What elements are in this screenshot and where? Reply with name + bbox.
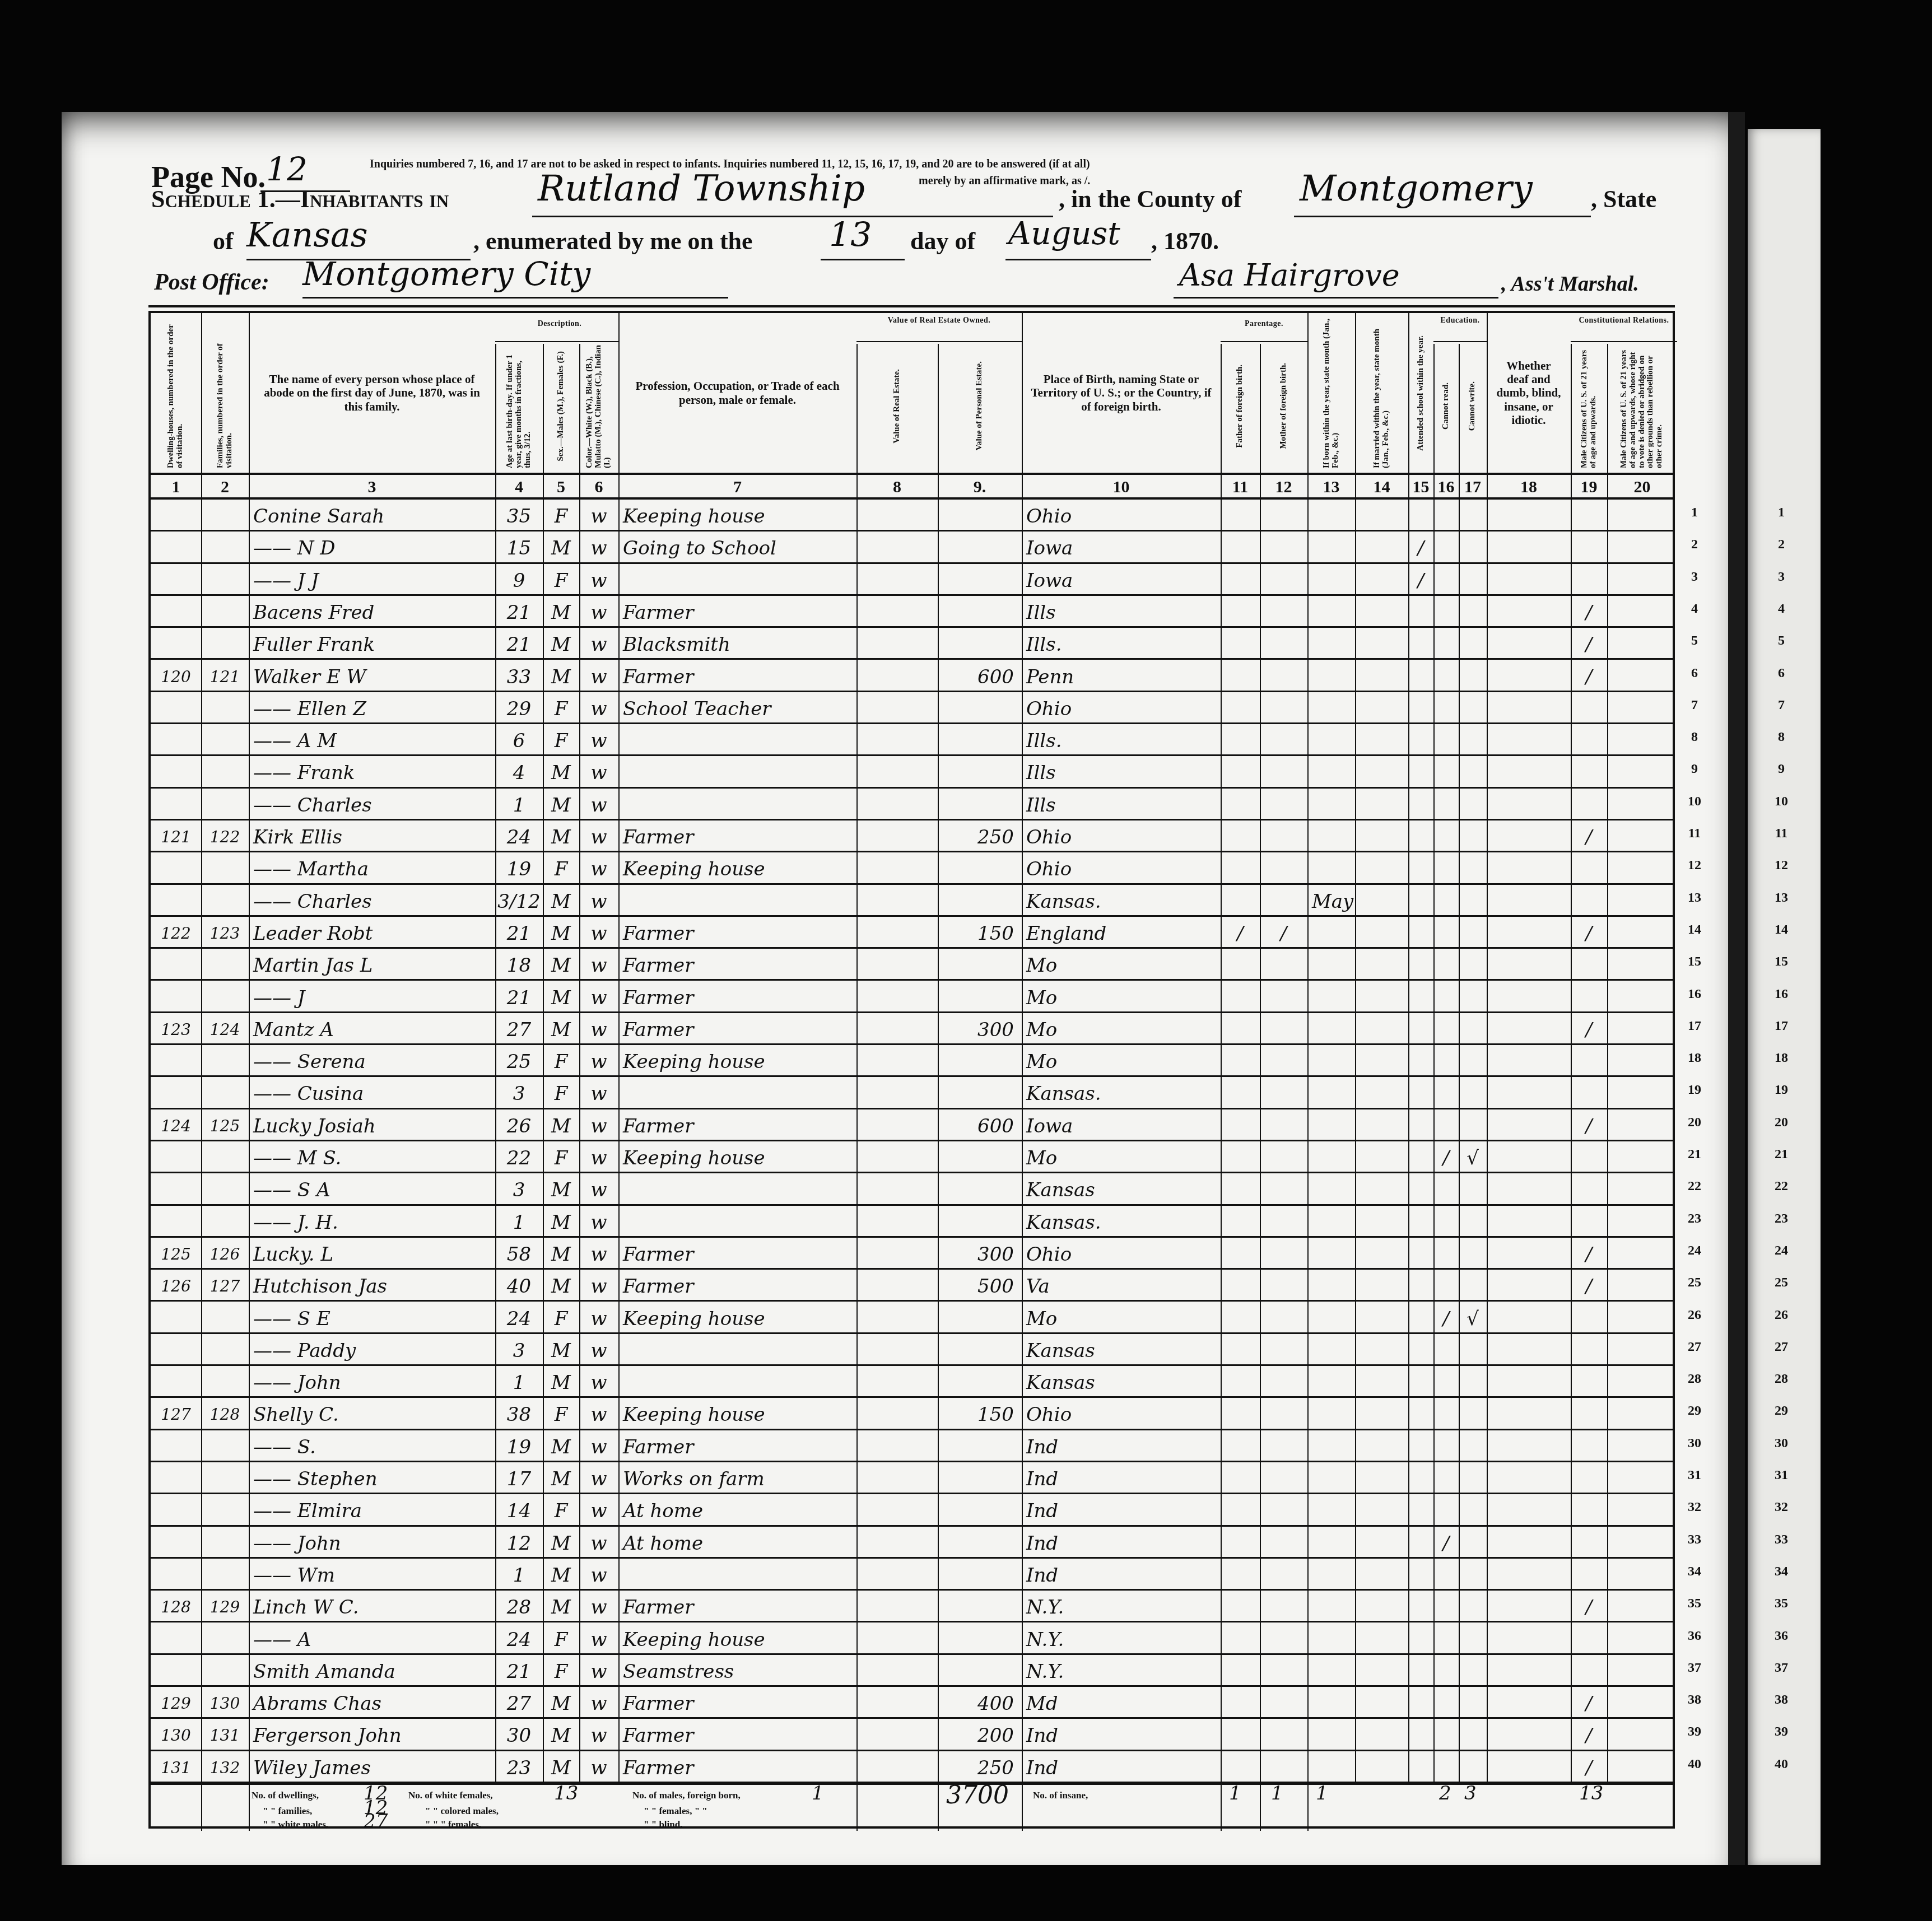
cell-age: 3 (495, 1334, 543, 1364)
cell-c15 (1408, 1302, 1433, 1332)
cell-c15 (1408, 1623, 1433, 1653)
cell-dwelling (151, 885, 201, 915)
cell-c19 (1571, 1334, 1607, 1364)
cell-c19: / (1571, 917, 1607, 947)
cell-name: Mantz A (253, 1013, 334, 1043)
cell-age: 29 (495, 692, 543, 722)
total-col-11: 1 (1229, 1782, 1241, 1805)
cell-dwelling: 129 (151, 1687, 201, 1717)
cell-c19: / (1571, 1687, 1607, 1717)
cell-family: 122 (201, 820, 249, 851)
cell-name: —— Frank (253, 756, 355, 786)
cell-c17 (1459, 1109, 1487, 1140)
line-number: 25 (1678, 1275, 1711, 1290)
cell-c12 (1260, 1173, 1307, 1204)
cell-age: 27 (495, 1013, 543, 1043)
cell-c12: / (1260, 917, 1307, 947)
cell-age: 1 (495, 1366, 543, 1396)
census-table: Description. Value of Real Estate Owned.… (148, 311, 1675, 1829)
cell-c12 (1260, 1013, 1307, 1043)
cell-birthplace: Mo (1026, 1013, 1057, 1043)
cell-color: w (579, 596, 618, 626)
cell-birthplace: Kansas (1026, 1334, 1095, 1364)
cell-birthplace: Ills (1026, 596, 1056, 626)
of-label: of (213, 227, 234, 255)
column-number: 16 (1433, 475, 1459, 499)
cell-age: 24 (495, 820, 543, 851)
cell-age: 35 (495, 500, 543, 530)
cell-birthplace: Mo (1026, 1302, 1057, 1332)
cell-c17 (1459, 500, 1487, 530)
cell-c17 (1459, 1045, 1487, 1075)
cell-sex: M (543, 596, 579, 626)
divider (856, 341, 1022, 342)
cell-name: Linch W C. (253, 1591, 359, 1621)
cell-c15 (1408, 1462, 1433, 1493)
cell-c12 (1260, 596, 1307, 626)
cell-c11 (1221, 1077, 1260, 1107)
cell-c15 (1408, 596, 1433, 626)
cell-personal: 150 (938, 1398, 1014, 1428)
adjacent-line-number: 18 (1765, 1051, 1798, 1066)
cell-c15 (1408, 789, 1433, 819)
cell-name: —— J J (253, 564, 319, 594)
column-header-10: Place of Birth, naming State or Territor… (1022, 318, 1221, 468)
cell-dwelling: 120 (151, 660, 201, 691)
cell-c16 (1433, 756, 1459, 786)
cell-color: w (579, 1173, 618, 1204)
column-header-8: Value of Real Estate. (856, 344, 938, 468)
cell-c15 (1408, 1141, 1433, 1172)
line-number: 10 (1678, 794, 1711, 809)
cell-c16 (1433, 1238, 1459, 1268)
adjacent-line-number: 19 (1765, 1083, 1798, 1098)
column-header-15: Attended school within the year. (1408, 318, 1433, 468)
day-of-label: day of (910, 227, 975, 255)
cell-family (201, 981, 249, 1011)
cell-c15 (1408, 1591, 1433, 1621)
table-row: —— Elmira14FwAt homeInd (151, 1494, 1673, 1524)
cell-occupation: Keeping house (623, 1398, 765, 1428)
county-value: Montgomery (1300, 168, 1533, 209)
cell-age: 26 (495, 1109, 543, 1140)
foreign-males-label: No. of males, foreign born, (632, 1790, 741, 1801)
cell-family: 125 (201, 1109, 249, 1140)
marshal-label: , Ass't Marshal. (1501, 272, 1639, 296)
cell-color: w (579, 1077, 618, 1107)
cell-personal (938, 1334, 1014, 1364)
cell-family (201, 596, 249, 626)
column-header-4: Age at last birth-day. If under 1 year, … (495, 344, 543, 468)
cell-sex: F (543, 724, 579, 754)
cell-sex: M (543, 1591, 579, 1621)
cell-sex: M (543, 917, 579, 947)
group-real-estate: Value of Real Estate Owned. (856, 316, 1022, 325)
adjacent-line-number: 20 (1765, 1115, 1798, 1130)
group-description: Description. (495, 320, 624, 329)
adjacent-line-number: 35 (1765, 1596, 1798, 1611)
cell-personal: 200 (938, 1719, 1014, 1749)
cell-c12 (1260, 1302, 1307, 1332)
cell-sex: M (543, 1687, 579, 1717)
cell-c16 (1433, 1494, 1459, 1524)
cell-age: 30 (495, 1719, 543, 1749)
cell-birthplace: Ills. (1026, 724, 1062, 754)
cell-color: w (579, 564, 618, 594)
cell-c19 (1571, 852, 1607, 883)
column-number: 17 (1459, 475, 1487, 499)
cell-c17 (1459, 628, 1487, 658)
post-office-value: Montgomery City (302, 255, 590, 293)
cell-name: —— Ellen Z (253, 692, 366, 722)
cell-name: —— Martha (253, 852, 369, 883)
cell-c17 (1459, 1013, 1487, 1043)
cell-color: w (579, 1238, 618, 1268)
cell-c12 (1260, 692, 1307, 722)
cell-dwelling (151, 1623, 201, 1653)
cell-c11 (1221, 1302, 1260, 1332)
column-header-16: Cannot read. (1433, 344, 1459, 468)
cell-c12 (1260, 1109, 1307, 1140)
cell-sex: M (543, 1751, 579, 1782)
cell-name: —— Stephen (253, 1462, 378, 1493)
cell-personal (938, 1494, 1014, 1524)
column-number: 9. (938, 475, 1022, 499)
cell-birthplace: Iowa (1026, 1109, 1073, 1140)
cell-birthplace: Ohio (1026, 852, 1072, 883)
cell-dwelling (151, 1462, 201, 1493)
cell-color: w (579, 917, 618, 947)
total-col-16: 2 (1439, 1782, 1451, 1805)
cell-dwelling (151, 596, 201, 626)
cell-c17 (1459, 1366, 1487, 1396)
cell-personal (938, 756, 1014, 786)
cell-dwelling: 126 (151, 1270, 201, 1300)
table-row: Bacens Fred21MwFarmerIlls/ (151, 596, 1673, 626)
cell-age: 25 (495, 1045, 543, 1075)
cell-age: 21 (495, 1655, 543, 1685)
cell-c17 (1459, 1751, 1487, 1782)
cell-occupation: Blacksmith (623, 628, 730, 658)
cell-c11 (1221, 660, 1260, 691)
cell-c17 (1459, 1430, 1487, 1461)
cell-age: 58 (495, 1238, 543, 1268)
cell-c16 (1433, 1270, 1459, 1300)
cell-family (201, 885, 249, 915)
cell-c19: / (1571, 1591, 1607, 1621)
cell-occupation: Farmer (623, 1719, 693, 1749)
divider (1221, 341, 1307, 342)
cell-family (201, 1302, 249, 1332)
cell-color: w (579, 756, 618, 786)
cell-name: —— John (253, 1366, 341, 1396)
cell-c19 (1571, 1527, 1607, 1557)
cell-name: Fergerson John (253, 1719, 402, 1749)
cell-birthplace: Ohio (1026, 500, 1072, 530)
cell-family (201, 1462, 249, 1493)
day-value: 13 (829, 216, 872, 255)
column-header-17: Cannot write. (1459, 344, 1487, 468)
table-row: —— M S.22FwKeeping houseMo/√ (151, 1141, 1673, 1172)
cell-c12 (1260, 1045, 1307, 1075)
cell-c15 (1408, 628, 1433, 658)
cell-dwelling: 130 (151, 1719, 201, 1749)
cell-c11 (1221, 500, 1260, 530)
cell-family (201, 1334, 249, 1364)
cell-c16 (1433, 917, 1459, 947)
cell-color: w (579, 1109, 618, 1140)
post-office-label: Post Office: (154, 269, 269, 296)
cell-age: 17 (495, 1462, 543, 1493)
cell-color: w (579, 660, 618, 691)
cell-c16: / (1433, 1141, 1459, 1172)
cell-dwelling (151, 1206, 201, 1236)
cell-name: —— J. H. (253, 1206, 338, 1236)
cell-sex: M (543, 1366, 579, 1396)
cell-birthplace: Ohio (1026, 1398, 1072, 1428)
cell-name: Bacens Fred (253, 596, 374, 626)
table-row: —— N D15MwGoing to SchoolIowa/ (151, 531, 1673, 562)
cell-c11 (1221, 1334, 1260, 1364)
cell-c17 (1459, 1494, 1487, 1524)
cell-age: 4 (495, 756, 543, 786)
underline (302, 297, 728, 299)
adjacent-line-number: 8 (1765, 730, 1798, 745)
line-number: 12 (1678, 858, 1711, 873)
cell-personal (938, 1302, 1014, 1332)
cell-color: w (579, 1623, 618, 1653)
cell-occupation: Farmer (623, 596, 693, 626)
adjacent-line-number: 15 (1765, 954, 1798, 969)
cell-c16 (1433, 1462, 1459, 1493)
line-number: 19 (1678, 1083, 1711, 1098)
cell-c12 (1260, 852, 1307, 883)
cell-personal (938, 789, 1014, 819)
cell-occupation: Keeping house (623, 1623, 765, 1653)
cell-family (201, 564, 249, 594)
cell-color: w (579, 1045, 618, 1075)
adjacent-line-number: 33 (1765, 1532, 1798, 1547)
foreign-males-count: 1 (812, 1782, 824, 1805)
cell-c15 (1408, 885, 1433, 915)
cell-name: Hutchison Jas (253, 1270, 387, 1300)
cell-c17 (1459, 564, 1487, 594)
cell-name: —— John (253, 1527, 341, 1557)
cell-family (201, 1045, 249, 1075)
cell-birthplace: Ohio (1026, 692, 1072, 722)
cell-c11 (1221, 949, 1260, 979)
cell-c12 (1260, 660, 1307, 691)
cell-c19 (1571, 1366, 1607, 1396)
adjacent-line-number: 40 (1765, 1757, 1798, 1772)
cell-age: 21 (495, 981, 543, 1011)
cell-c17 (1459, 724, 1487, 754)
table-row: —— Serena25FwKeeping houseMo (151, 1045, 1673, 1075)
cell-sex: F (543, 1623, 579, 1653)
white-females-count: 13 (554, 1782, 578, 1805)
cell-dwelling: 128 (151, 1591, 201, 1621)
cell-c17: √ (1459, 1141, 1487, 1172)
cell-c11 (1221, 1751, 1260, 1782)
cell-color: w (579, 820, 618, 851)
cell-birthplace: Kansas. (1026, 1206, 1101, 1236)
cell-personal: 150 (938, 917, 1014, 947)
cell-c16 (1433, 1109, 1459, 1140)
cell-personal (938, 1591, 1014, 1621)
cell-personal (938, 1655, 1014, 1685)
cell-age: 40 (495, 1270, 543, 1300)
column-header-14: If married within the year, state month … (1355, 318, 1408, 468)
cell-personal (938, 1430, 1014, 1461)
cell-c19 (1571, 1302, 1607, 1332)
cell-dwelling (151, 724, 201, 754)
cell-c16 (1433, 1430, 1459, 1461)
column-header-20: Male Citizens of U. S. of 21 years of ag… (1607, 344, 1677, 468)
cell-c17 (1459, 756, 1487, 786)
cell-age: 24 (495, 1302, 543, 1332)
table-row: —— Wm1MwInd (151, 1559, 1673, 1589)
cell-c12 (1260, 885, 1307, 915)
foreign-females-label: " " females, " " (644, 1806, 707, 1817)
cell-dwelling: 123 (151, 1013, 201, 1043)
white-males-count: 27 (364, 1810, 388, 1833)
group-parentage: Parentage. (1221, 320, 1307, 329)
line-number: 39 (1678, 1724, 1711, 1740)
cell-occupation: Farmer (623, 1751, 693, 1782)
cell-c19 (1571, 981, 1607, 1011)
cell-color: w (579, 1591, 618, 1621)
cell-c17 (1459, 1334, 1487, 1364)
cell-c17 (1459, 1398, 1487, 1428)
cell-c17 (1459, 1462, 1487, 1493)
cell-c19: / (1571, 820, 1607, 851)
cell-c15 (1408, 1366, 1433, 1396)
cell-c16 (1433, 852, 1459, 883)
cell-c11 (1221, 885, 1260, 915)
cell-occupation: Farmer (623, 1238, 693, 1268)
cell-dwelling (151, 1173, 201, 1204)
table-row: 122123Leader Robt21MwFarmer150England/// (151, 917, 1673, 947)
cell-name: —— J (253, 981, 305, 1011)
table-row: 121122Kirk Ellis24MwFarmer250Ohio/ (151, 820, 1673, 851)
cell-personal (938, 1462, 1014, 1493)
cell-occupation: Going to School (623, 531, 776, 562)
cell-age: 3/12 (495, 885, 543, 915)
line-number: 9 (1678, 762, 1711, 777)
cell-c16: / (1433, 1302, 1459, 1332)
cell-birthplace: Ohio (1026, 820, 1072, 851)
cell-c19: / (1571, 1751, 1607, 1782)
cell-family: 128 (201, 1398, 249, 1428)
cell-birthplace: Kansas (1026, 1366, 1095, 1396)
cell-c11 (1221, 756, 1260, 786)
cell-age: 19 (495, 852, 543, 883)
cell-name: Wiley James (253, 1751, 371, 1782)
line-number: 30 (1678, 1436, 1711, 1451)
cell-c12 (1260, 756, 1307, 786)
cell-family (201, 1559, 249, 1589)
column-number: 2 (201, 475, 249, 499)
adjacent-line-number: 37 (1765, 1661, 1798, 1676)
cell-family (201, 1527, 249, 1557)
cell-personal: 250 (938, 820, 1014, 851)
cell-c19 (1571, 1655, 1607, 1685)
cell-c19 (1571, 531, 1607, 562)
cell-dwelling: 127 (151, 1398, 201, 1428)
adjacent-line-number: 28 (1765, 1372, 1798, 1387)
cell-personal (938, 1559, 1014, 1589)
cell-occupation: Farmer (623, 1013, 693, 1043)
cell-c17 (1459, 885, 1487, 915)
cell-birthplace: Ind (1026, 1494, 1058, 1524)
table-row: —— John12MwAt homeInd/ (151, 1527, 1673, 1557)
cell-c19: / (1571, 1270, 1607, 1300)
cell-c12 (1260, 820, 1307, 851)
table-row: —— A M6FwIlls. (151, 724, 1673, 754)
line-number: 37 (1678, 1661, 1711, 1676)
colored-males-label: " " colored males, (425, 1806, 499, 1817)
cell-sex: M (543, 660, 579, 691)
cell-color: w (579, 1559, 618, 1589)
cell-birthplace: Ind (1026, 1430, 1058, 1461)
cell-c12 (1260, 1494, 1307, 1524)
cell-personal (938, 852, 1014, 883)
adjacent-line-number: 24 (1765, 1243, 1798, 1258)
cell-birthplace: Mo (1026, 1141, 1057, 1172)
cell-family (201, 531, 249, 562)
group-education: Education. (1433, 316, 1487, 325)
cell-dwelling (151, 949, 201, 979)
cell-c11 (1221, 564, 1260, 594)
column-number: 15 (1408, 475, 1433, 499)
cell-c19 (1571, 692, 1607, 722)
cell-age: 3 (495, 1077, 543, 1107)
cell-color: w (579, 1430, 618, 1461)
cell-sex: M (543, 820, 579, 851)
cell-dwelling: 124 (151, 1109, 201, 1140)
cell-age: 24 (495, 1623, 543, 1653)
adjacent-line-number: 4 (1765, 602, 1798, 617)
table-row: —— Frank4MwIlls (151, 756, 1673, 786)
column-header-19: Male Citizens of U. S. of 21 years of ag… (1571, 344, 1607, 468)
underline (821, 259, 905, 260)
cell-c12 (1260, 1334, 1307, 1364)
cell-c17 (1459, 949, 1487, 979)
cell-birthplace: N.Y. (1026, 1623, 1064, 1653)
cell-c16 (1433, 1366, 1459, 1396)
cell-age: 28 (495, 1591, 543, 1621)
month-value: August (1008, 216, 1120, 252)
table-row: 120121Walker E W33MwFarmer600Penn/ (151, 660, 1673, 691)
cell-sex: M (543, 1173, 579, 1204)
cell-age: 21 (495, 628, 543, 658)
line-number: 5 (1678, 633, 1711, 649)
cell-c17 (1459, 1238, 1487, 1268)
cell-c11 (1221, 1591, 1260, 1621)
adjacent-line-number: 1 (1765, 505, 1798, 520)
cell-c19 (1571, 1173, 1607, 1204)
cell-c11 (1221, 852, 1260, 883)
cell-c15 (1408, 1045, 1433, 1075)
cell-c15 (1408, 1013, 1433, 1043)
cell-age: 6 (495, 724, 543, 754)
table-row: Smith Amanda21FwSeamstressN.Y. (151, 1655, 1673, 1685)
cell-c16 (1433, 1173, 1459, 1204)
cell-c15 (1408, 1173, 1433, 1204)
table-row: 129130Abrams Chas27MwFarmer400Md/ (151, 1687, 1673, 1717)
adjacent-line-number: 31 (1765, 1468, 1798, 1483)
cell-c15 (1408, 852, 1433, 883)
